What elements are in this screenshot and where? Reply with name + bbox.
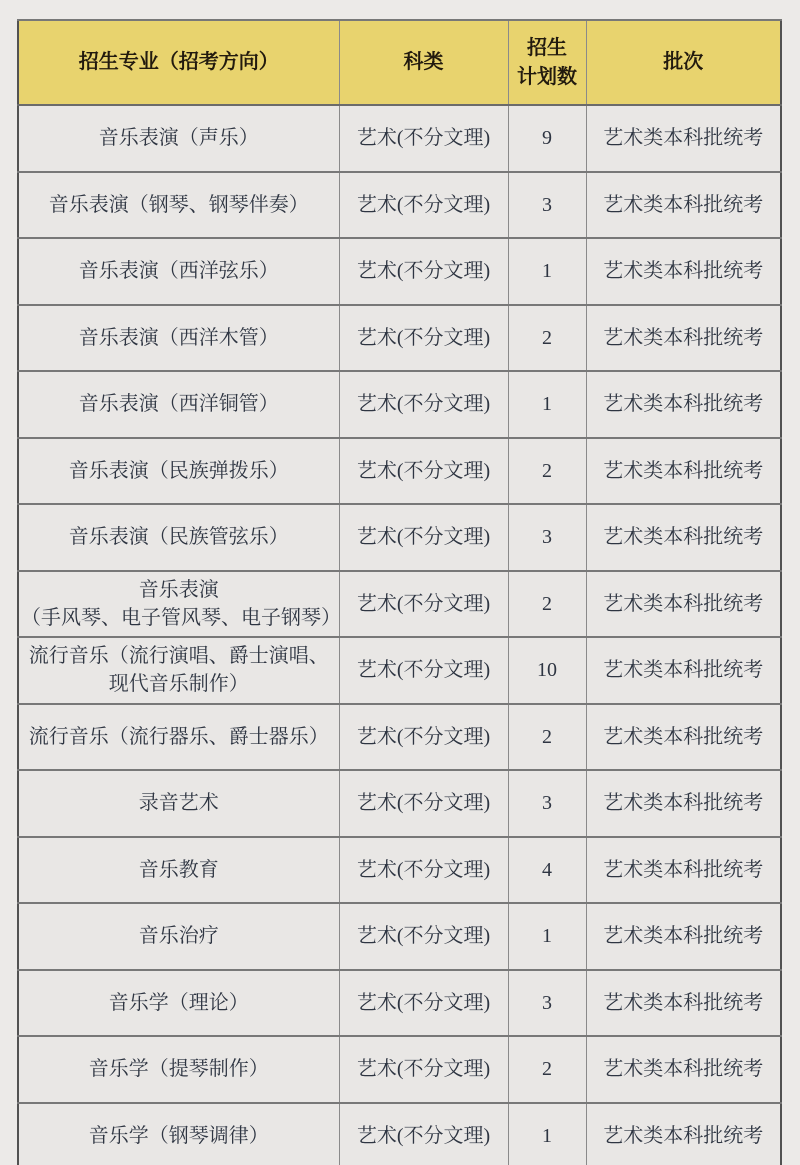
- cell-major: 音乐教育: [18, 837, 339, 904]
- cell-batch: 艺术类本科批统考: [586, 105, 781, 172]
- cell-major: 音乐表演（民族弹拨乐）: [18, 438, 339, 505]
- cell-plan-count: 3: [508, 172, 586, 239]
- cell-category: 艺术(不分文理): [339, 770, 508, 837]
- cell-major: 音乐表演 （手风琴、电子管风琴、电子钢琴）: [18, 571, 339, 638]
- table-row: 音乐治疗 艺术(不分文理) 1 艺术类本科批统考: [18, 903, 781, 970]
- cell-major: 音乐表演（西洋弦乐）: [18, 238, 339, 305]
- cell-major: 音乐学（理论）: [18, 970, 339, 1037]
- table-header: 招生专业（招考方向） 科类 招生 计划数 批次: [18, 20, 781, 105]
- header-row: 招生专业（招考方向） 科类 招生 计划数 批次: [18, 20, 781, 105]
- cell-plan-count: 2: [508, 704, 586, 771]
- cell-batch: 艺术类本科批统考: [586, 1103, 781, 1165]
- cell-batch: 艺术类本科批统考: [586, 238, 781, 305]
- cell-category: 艺术(不分文理): [339, 704, 508, 771]
- cell-category: 艺术(不分文理): [339, 371, 508, 438]
- cell-category: 艺术(不分文理): [339, 105, 508, 172]
- table-row: 流行音乐（流行器乐、爵士器乐） 艺术(不分文理) 2 艺术类本科批统考: [18, 704, 781, 771]
- cell-major: 音乐表演（民族管弦乐）: [18, 504, 339, 571]
- cell-category: 艺术(不分文理): [339, 438, 508, 505]
- cell-batch: 艺术类本科批统考: [586, 704, 781, 771]
- table-row: 音乐表演（西洋铜管） 艺术(不分文理) 1 艺术类本科批统考: [18, 371, 781, 438]
- table-row: 音乐表演（钢琴、钢琴伴奏） 艺术(不分文理) 3 艺术类本科批统考: [18, 172, 781, 239]
- cell-batch: 艺术类本科批统考: [586, 903, 781, 970]
- table-row: 音乐表演（民族弹拨乐） 艺术(不分文理) 2 艺术类本科批统考: [18, 438, 781, 505]
- cell-batch: 艺术类本科批统考: [586, 637, 781, 704]
- cell-category: 艺术(不分文理): [339, 172, 508, 239]
- table-row: 音乐学（钢琴调律） 艺术(不分文理) 1 艺术类本科批统考: [18, 1103, 781, 1165]
- cell-category: 艺术(不分文理): [339, 504, 508, 571]
- table-row: 音乐表演（西洋木管） 艺术(不分文理) 2 艺术类本科批统考: [18, 305, 781, 372]
- cell-major: 录音艺术: [18, 770, 339, 837]
- cell-category: 艺术(不分文理): [339, 1103, 508, 1165]
- table-row: 音乐表演（民族管弦乐） 艺术(不分文理) 3 艺术类本科批统考: [18, 504, 781, 571]
- table-row: 音乐教育 艺术(不分文理) 4 艺术类本科批统考: [18, 837, 781, 904]
- cell-category: 艺术(不分文理): [339, 970, 508, 1037]
- cell-category: 艺术(不分文理): [339, 637, 508, 704]
- table-row: 音乐表演（声乐） 艺术(不分文理) 9 艺术类本科批统考: [18, 105, 781, 172]
- cell-batch: 艺术类本科批统考: [586, 837, 781, 904]
- cell-plan-count: 9: [508, 105, 586, 172]
- cell-batch: 艺术类本科批统考: [586, 1036, 781, 1103]
- cell-category: 艺术(不分文理): [339, 1036, 508, 1103]
- page: 招生专业（招考方向） 科类 招生 计划数 批次 音乐表演（声乐） 艺术(不分文理…: [0, 0, 800, 1165]
- cell-batch: 艺术类本科批统考: [586, 305, 781, 372]
- cell-plan-count: 2: [508, 571, 586, 638]
- admission-plan-table: 招生专业（招考方向） 科类 招生 计划数 批次 音乐表演（声乐） 艺术(不分文理…: [17, 19, 782, 1165]
- cell-batch: 艺术类本科批统考: [586, 571, 781, 638]
- cell-category: 艺术(不分文理): [339, 837, 508, 904]
- cell-plan-count: 3: [508, 770, 586, 837]
- cell-plan-count: 1: [508, 1103, 586, 1165]
- cell-batch: 艺术类本科批统考: [586, 172, 781, 239]
- cell-major: 音乐表演（声乐）: [18, 105, 339, 172]
- cell-category: 艺术(不分文理): [339, 571, 508, 638]
- table-row: 录音艺术 艺术(不分文理) 3 艺术类本科批统考: [18, 770, 781, 837]
- table-row: 流行音乐（流行演唱、爵士演唱、 现代音乐制作） 艺术(不分文理) 10 艺术类本…: [18, 637, 781, 704]
- cell-batch: 艺术类本科批统考: [586, 970, 781, 1037]
- cell-category: 艺术(不分文理): [339, 903, 508, 970]
- cell-major: 音乐表演（钢琴、钢琴伴奏）: [18, 172, 339, 239]
- col-header-major: 招生专业（招考方向）: [18, 20, 339, 105]
- cell-major: 流行音乐（流行演唱、爵士演唱、 现代音乐制作）: [18, 637, 339, 704]
- cell-plan-count: 1: [508, 238, 586, 305]
- cell-major: 音乐表演（西洋木管）: [18, 305, 339, 372]
- cell-plan-count: 1: [508, 371, 586, 438]
- cell-batch: 艺术类本科批统考: [586, 504, 781, 571]
- cell-category: 艺术(不分文理): [339, 305, 508, 372]
- cell-plan-count: 1: [508, 903, 586, 970]
- col-header-category: 科类: [339, 20, 508, 105]
- table-row: 音乐表演（西洋弦乐） 艺术(不分文理) 1 艺术类本科批统考: [18, 238, 781, 305]
- cell-plan-count: 10: [508, 637, 586, 704]
- cell-batch: 艺术类本科批统考: [586, 371, 781, 438]
- cell-plan-count: 3: [508, 504, 586, 571]
- cell-category: 艺术(不分文理): [339, 238, 508, 305]
- col-header-plan-count: 招生 计划数: [508, 20, 586, 105]
- cell-major: 音乐治疗: [18, 903, 339, 970]
- table-row: 音乐学（提琴制作） 艺术(不分文理) 2 艺术类本科批统考: [18, 1036, 781, 1103]
- cell-major: 音乐表演（西洋铜管）: [18, 371, 339, 438]
- cell-plan-count: 2: [508, 438, 586, 505]
- cell-plan-count: 4: [508, 837, 586, 904]
- cell-major: 音乐学（钢琴调律）: [18, 1103, 339, 1165]
- col-header-batch: 批次: [586, 20, 781, 105]
- table-row: 音乐表演 （手风琴、电子管风琴、电子钢琴） 艺术(不分文理) 2 艺术类本科批统…: [18, 571, 781, 638]
- cell-batch: 艺术类本科批统考: [586, 770, 781, 837]
- cell-major: 音乐学（提琴制作）: [18, 1036, 339, 1103]
- cell-plan-count: 2: [508, 1036, 586, 1103]
- cell-major: 流行音乐（流行器乐、爵士器乐）: [18, 704, 339, 771]
- table-body: 音乐表演（声乐） 艺术(不分文理) 9 艺术类本科批统考 音乐表演（钢琴、钢琴伴…: [18, 105, 781, 1165]
- table-row: 音乐学（理论） 艺术(不分文理) 3 艺术类本科批统考: [18, 970, 781, 1037]
- cell-plan-count: 2: [508, 305, 586, 372]
- cell-plan-count: 3: [508, 970, 586, 1037]
- cell-batch: 艺术类本科批统考: [586, 438, 781, 505]
